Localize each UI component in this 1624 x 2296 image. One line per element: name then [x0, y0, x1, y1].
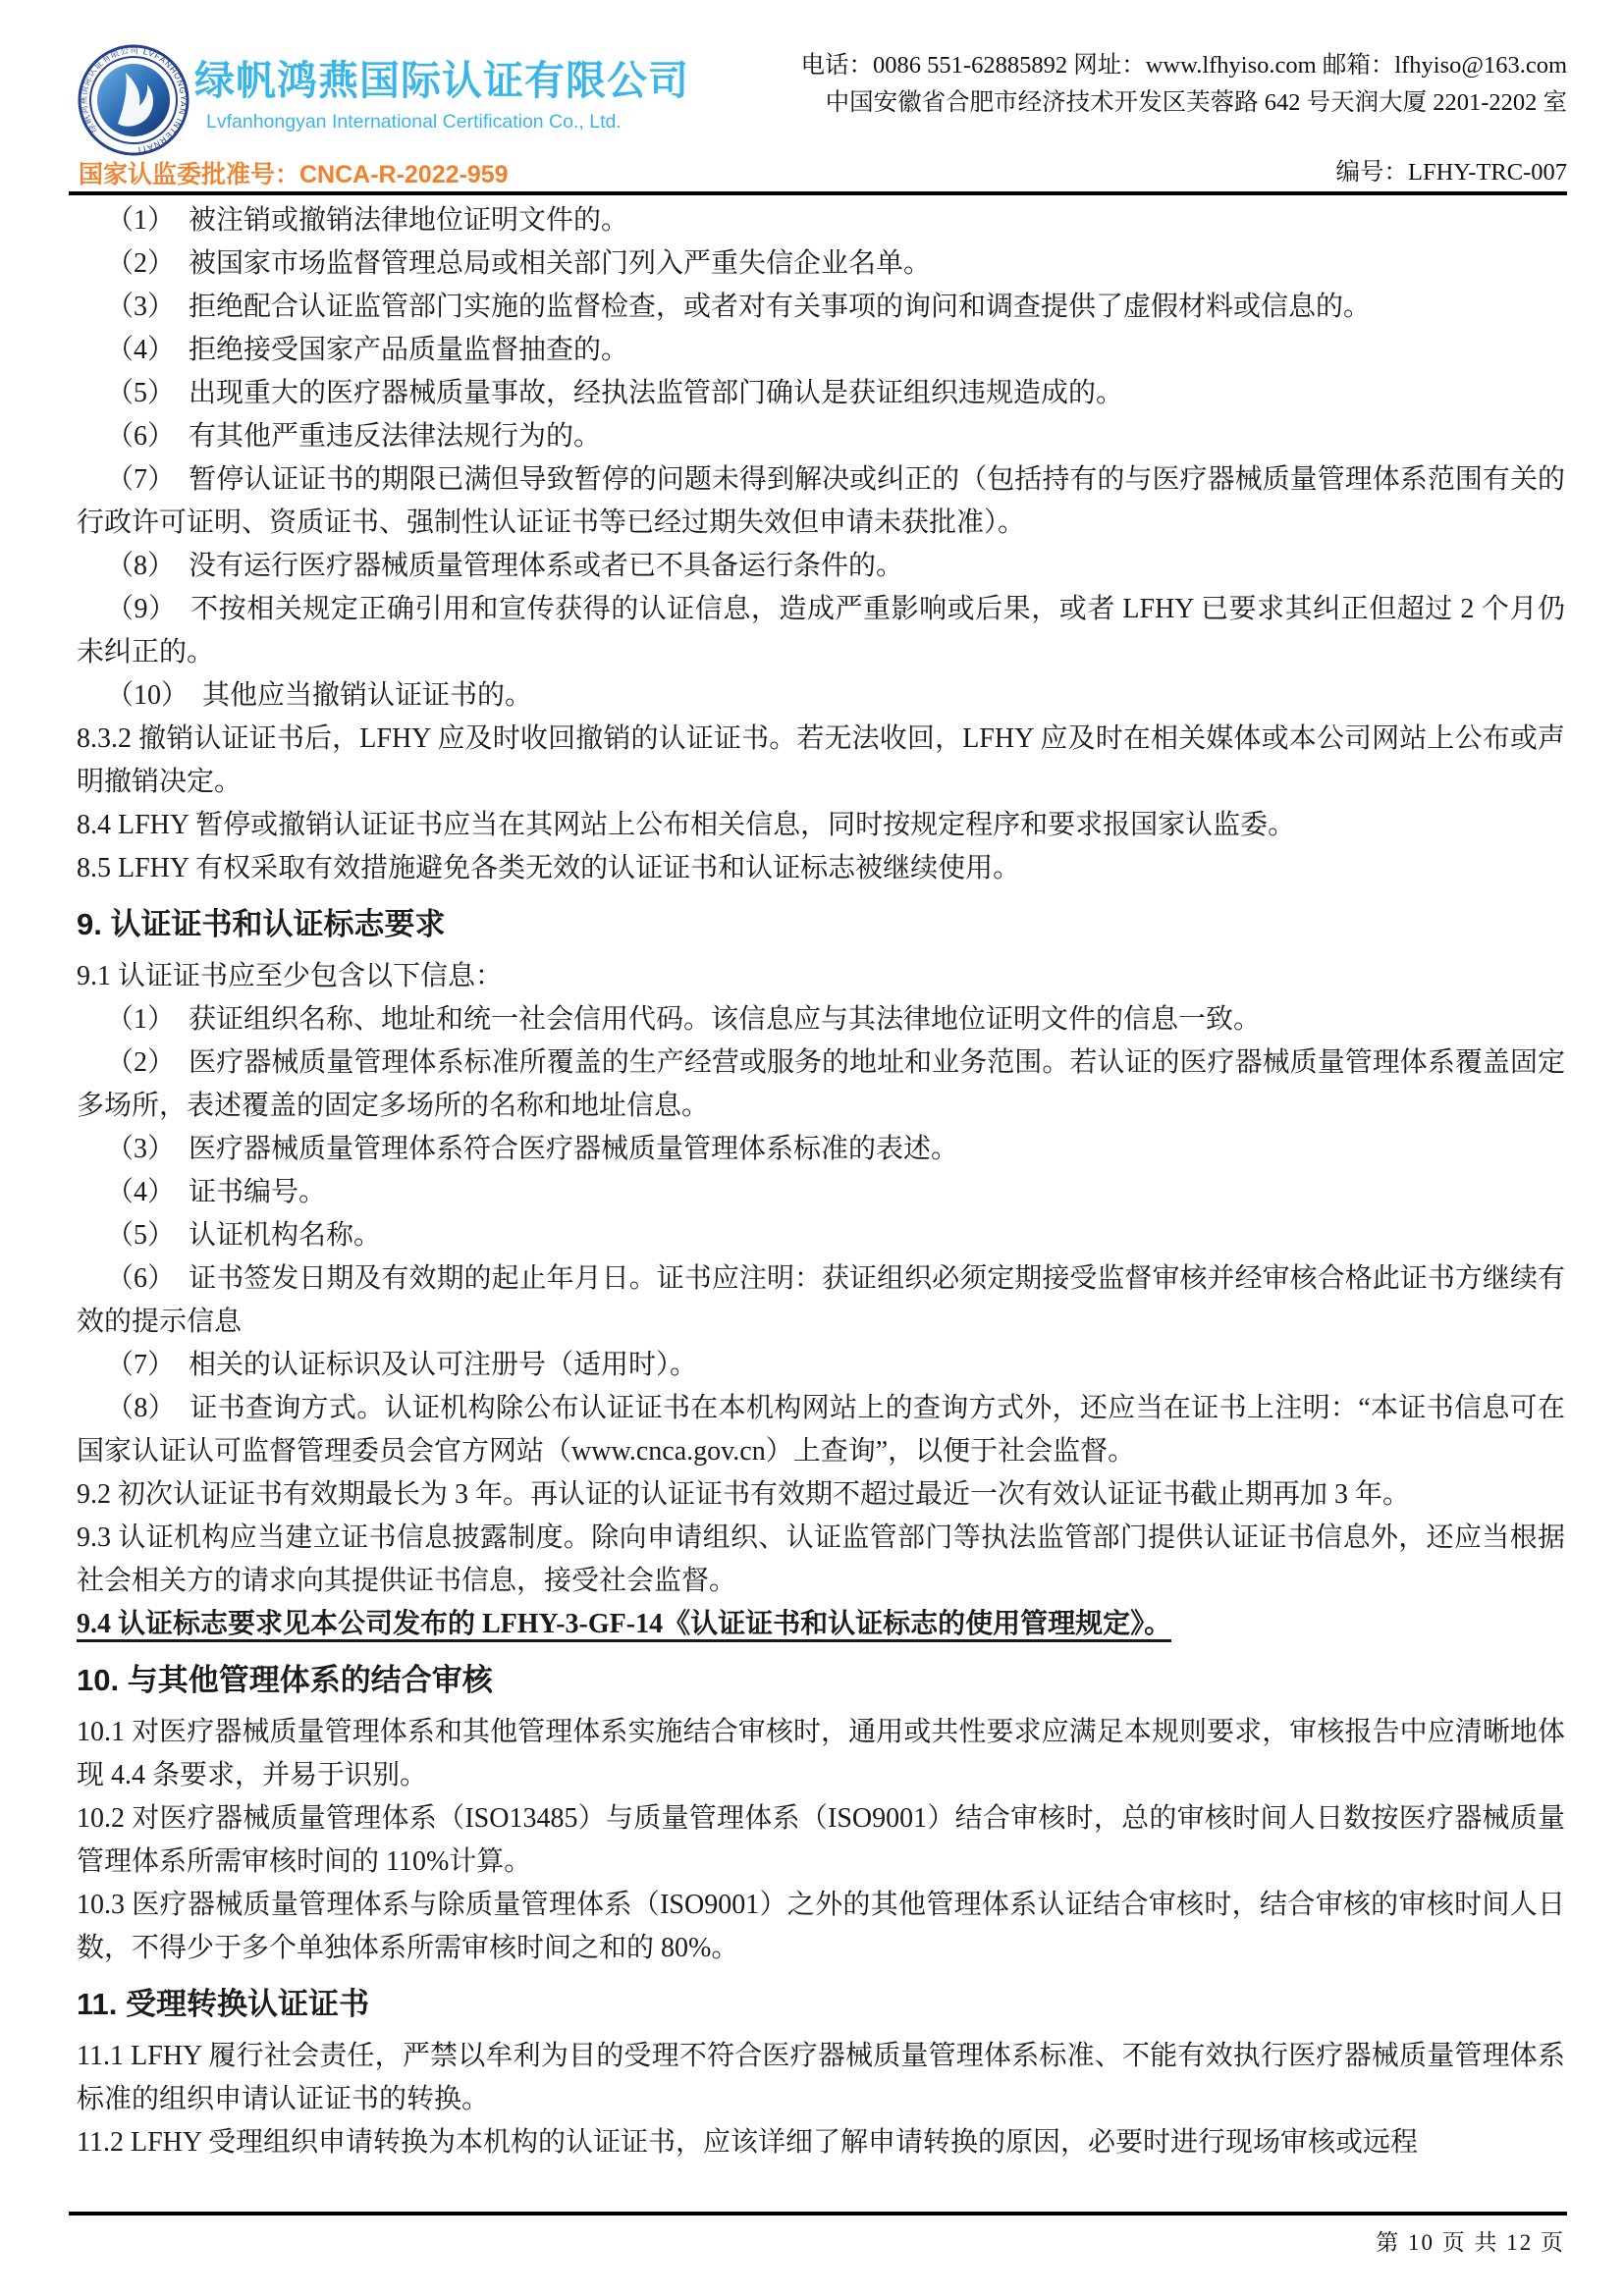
paragraph: （8） 没有运行医疗器械质量管理体系或者已不具备运行条件的。	[77, 545, 1565, 588]
paragraph: 9.4 认证标志要求见本公司发布的 LFHY-3-GF-14《认证证书和认证标志…	[77, 1603, 1565, 1646]
contact-line-address: 中国安徽省合肥市经济技术开发区芙蓉路 642 号天润大厦 2201-2202 室	[801, 84, 1567, 122]
paragraph: （3） 拒绝配合认证监管部门实施的监督检查，或者对有关事项的询问和调查提供了虚假…	[77, 286, 1565, 329]
company-logo-icon: 绿帆鸿燕国际认证有限公司 LVFANHONGYAN INTERNATIONAL …	[77, 43, 190, 157]
company-name-zh: 绿帆鸿燕国际认证有限公司	[194, 57, 656, 105]
paragraph: （10） 其他应当撤销认证证书的。	[77, 674, 1565, 718]
section-heading: 10. 与其他管理体系的结合审核	[77, 1658, 1565, 1703]
paragraph: （7） 暂停认证证书的期限已满但导致暂停的问题未得到解决或纠正的（包括持有的与医…	[77, 458, 1565, 545]
paragraph: （8） 证书查询方式。认证机构除公布认证证书在本机构网站上的查询方式外，还应当在…	[77, 1387, 1565, 1473]
paragraph: 9.1 认证证书应至少包含以下信息：	[77, 955, 1565, 998]
paragraph: 10.1 对医疗器械质量管理体系和其他管理体系实施结合审核时，通用或共性要求应满…	[77, 1711, 1565, 1797]
paragraph: （2） 被国家市场监督管理总局或相关部门列入严重失信企业名单。	[77, 242, 1565, 286]
paragraph: 10.3 医疗器械质量管理体系与除质量管理体系（ISO9001）之外的其他管理体…	[77, 1884, 1565, 1970]
header-divider	[69, 191, 1567, 195]
document-page: 绿帆鸿燕国际认证有限公司 LVFANHONGYAN INTERNATIONAL …	[0, 0, 1624, 2296]
paragraph: 10.2 对医疗器械质量管理体系（ISO13485）与质量管理体系（ISO900…	[77, 1797, 1565, 1884]
paragraph: 8.3.2 撤销认证证书后，LFHY 应及时收回撤销的认证证书。若无法收回，LF…	[77, 718, 1565, 804]
paragraph: （3） 医疗器械质量管理体系符合医疗器械质量管理体系标准的表述。	[77, 1128, 1565, 1171]
paragraph: 9.2 初次认证证书有效期最长为 3 年。再认证的认证证书有效期不超过最近一次有…	[77, 1473, 1565, 1517]
footer-divider	[69, 2212, 1567, 2216]
page-number: 第 10 页 共 12 页	[1376, 2224, 1565, 2257]
section-heading: 9. 认证证书和认证标志要求	[77, 902, 1565, 947]
paragraph: （7） 相关的认证标识及认可注册号（适用时）。	[77, 1344, 1565, 1387]
paragraph: （1） 被注销或撤销法律地位证明文件的。	[77, 199, 1565, 242]
brand-block: 绿帆鸿燕国际认证有限公司 Lvfanhongyan International …	[194, 57, 656, 133]
paragraph: （9） 不按相关规定正确引用和宣传获得的认证信息，造成严重影响或后果，或者 LF…	[77, 588, 1565, 674]
paragraph: 11.2 LFHY 受理组织申请转换为本机构的认证证书，应该详细了解申请转换的原…	[77, 2121, 1565, 2164]
paragraph: （1） 获证组织名称、地址和统一社会信用代码。该信息应与其法律地位证明文件的信息…	[77, 998, 1565, 1041]
paragraph: （5） 认证机构名称。	[77, 1214, 1565, 1257]
section-heading: 11. 受理转换认证证书	[77, 1982, 1565, 2027]
company-name-en: Lvfanhongyan International Certification…	[206, 111, 656, 133]
document-body: （1） 被注销或撤销法律地位证明文件的。（2） 被国家市场监督管理总局或相关部门…	[77, 199, 1565, 2164]
paragraph: （2） 医疗器械质量管理体系标准所覆盖的生产经营或服务的地址和业务范围。若认证的…	[77, 1041, 1565, 1128]
paragraph: （6） 证书签发日期及有效期的起止年月日。证书应注明：获证组织必须定期接受监督审…	[77, 1257, 1565, 1344]
paragraph: 8.5 LFHY 有权采取有效措施避免各类无效的认证证书和认证标志被继续使用。	[77, 847, 1565, 890]
document-number: 编号：LFHY-TRC-007	[1336, 153, 1567, 187]
contact-info: 电话：0086 551-62885892 网址：www.lfhyiso.com …	[801, 47, 1567, 122]
contact-line-phone-web-mail: 电话：0086 551-62885892 网址：www.lfhyiso.com …	[801, 47, 1567, 84]
paragraph: 11.1 LFHY 履行社会责任，严禁以牟利为目的受理不符合医疗器械质量管理体系…	[77, 2035, 1565, 2121]
paragraph: 9.3 认证机构应当建立证书信息披露制度。除向申请组织、认证监管部门等执法监管部…	[77, 1517, 1565, 1603]
page-header: 绿帆鸿燕国际认证有限公司 LVFANHONGYAN INTERNATIONAL …	[69, 39, 1567, 188]
paragraph: （4） 证书编号。	[77, 1171, 1565, 1214]
cnca-approval-number: 国家认监委批准号：CNCA-R-2022-959	[79, 155, 509, 190]
paragraph: （5） 出现重大的医疗器械质量事故，经执法监管部门确认是获证组织违规造成的。	[77, 372, 1565, 415]
paragraph: （4） 拒绝接受国家产品质量监督抽查的。	[77, 329, 1565, 372]
paragraph: 8.4 LFHY 暂停或撤销认证证书应当在其网站上公布相关信息，同时按规定程序和…	[77, 804, 1565, 847]
paragraph: （6） 有其他严重违反法律法规行为的。	[77, 415, 1565, 458]
